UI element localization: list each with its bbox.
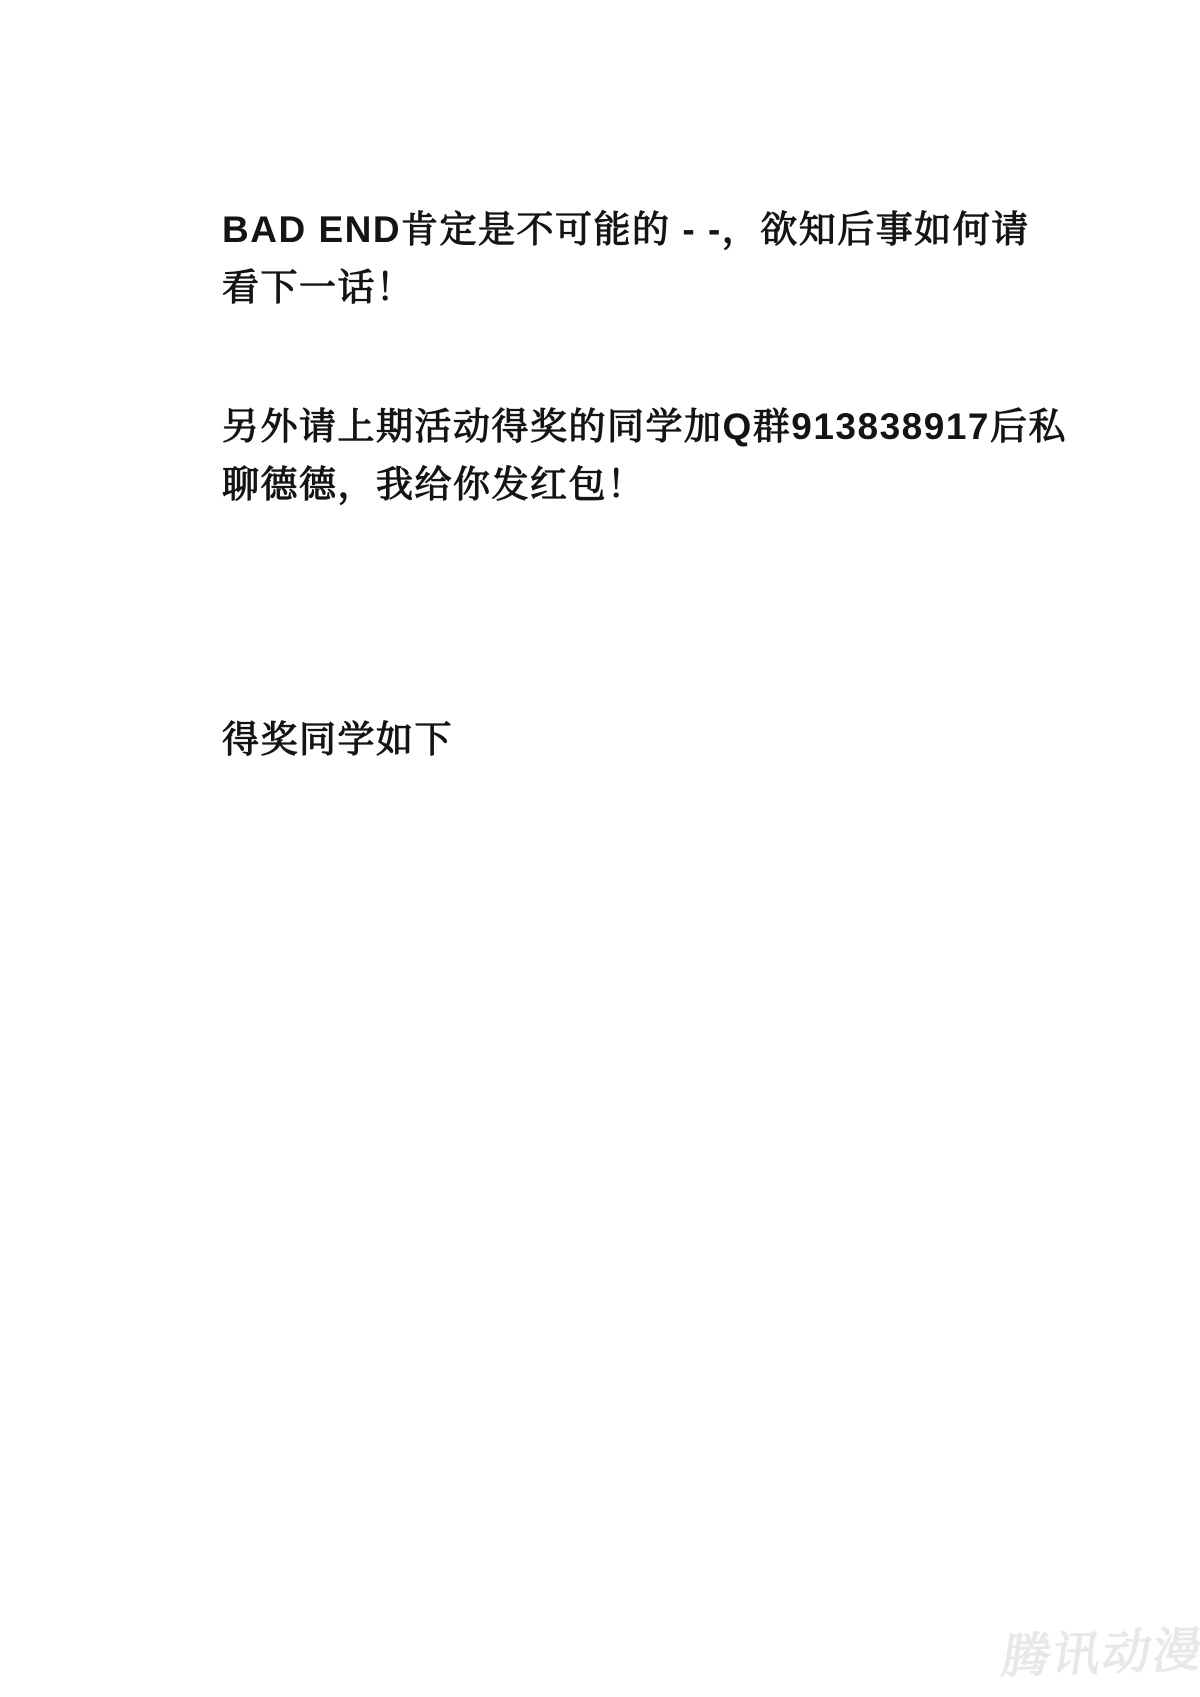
comic-afterword-page: BAD END肯定是不可能的 - -，欲知后事如何请 看下一话！ 另外请上期活动… (0, 0, 1200, 1697)
teaser-line-2: 看下一话！ (222, 259, 1140, 317)
winners-heading: 得奖同学如下 (222, 711, 1140, 769)
prize-notice-line-2: 聊德德，我给你发红包！ (222, 456, 1140, 514)
prize-notice-paragraph: 另外请上期活动得奖的同学加Q群913838917后私 聊德德，我给你发红包！ (222, 398, 1140, 514)
prize-notice-line-1: 另外请上期活动得奖的同学加Q群913838917后私 (222, 398, 1140, 456)
winners-heading-text: 得奖同学如下 (222, 711, 1140, 769)
teaser-paragraph: BAD END肯定是不可能的 - -，欲知后事如何请 看下一话！ (222, 201, 1140, 317)
teaser-line-1: BAD END肯定是不可能的 - -，欲知后事如何请 (222, 201, 1140, 259)
platform-watermark: 腾讯动漫 (998, 1611, 1200, 1687)
